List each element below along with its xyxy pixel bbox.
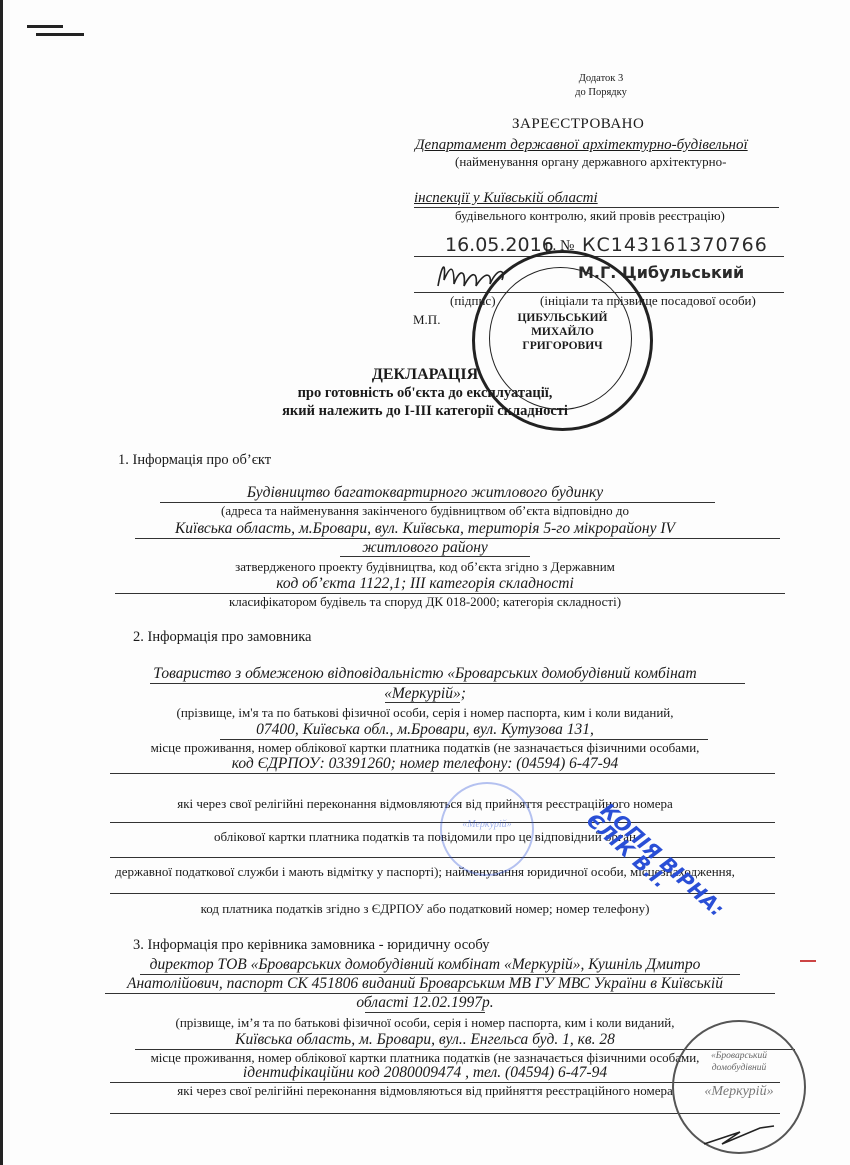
copy-certified-stamp: КОПІЯ ВІРНА: ЄЛІК В.І. [612, 770, 752, 890]
underline [365, 1012, 485, 1013]
authority-line-1: Департамент державної архітектурно-будів… [415, 137, 748, 154]
customer-line-2: «Меркурій»; [0, 685, 850, 703]
company-seal-faint-text: «Меркурій» [442, 819, 532, 830]
underline [385, 702, 460, 703]
underline [110, 893, 775, 894]
object-caption-3: класифікатором будівель та споруд ДК 018… [0, 594, 850, 610]
scan-mark [27, 25, 63, 28]
object-address-line-2: житлового району [0, 539, 850, 557]
document-subtitle-2: який належить до I-III категорії складно… [0, 403, 850, 420]
object-address-line-1: Київська область, м.Бровари, вул. Київсь… [0, 520, 850, 538]
company-seal-center: «Меркурій» [674, 1084, 804, 1100]
manager-signature [700, 1110, 780, 1150]
underline [340, 556, 530, 557]
customer-caption-1: (прізвище, ім'я та по батькові фізичної … [0, 705, 850, 721]
customer-line-1: Товариство з обмеженою відповідальністю … [0, 665, 850, 683]
manager-line-2: Анатолійович, паспорт СК 451806 виданий … [0, 975, 850, 993]
appendix-line-1: Додаток 3 [556, 72, 646, 86]
authority-line-2: інспекції у Київській області [414, 190, 598, 207]
appendix-line-2: до Порядку [556, 86, 646, 100]
customer-address: 07400, Київська обл., м.Бровари, вул. Ку… [0, 721, 850, 739]
section-3-heading: 3. Інформація про керівника замовника - … [133, 937, 489, 954]
registration-number: КС143161370766 [582, 234, 768, 256]
company-seal-faint: «Меркурій» [440, 782, 534, 876]
company-seal-line-1: «Броварський [674, 1050, 804, 1062]
object-name: Будівництво багатоквартирного житлового … [0, 484, 850, 502]
authority-caption-1: (найменування органу державного архітект… [455, 154, 726, 170]
customer-caption-2: місце проживання, номер облікової картки… [0, 740, 850, 756]
section-1-heading: 1. Інформація про об’єкт [118, 452, 271, 469]
seal-name-line-2: МИХАЙЛО [475, 325, 650, 339]
seal-name-line-3: ГРИГОРОВИЧ [475, 339, 650, 353]
manager-line-3: області 12.02.1997р. [0, 994, 850, 1012]
object-caption-2: затвердженого проекту будівництва, код о… [0, 559, 850, 575]
section-2-heading: 2. Інформація про замовника [133, 629, 311, 646]
red-mark [800, 960, 816, 962]
manager-line-1: директор ТОВ «Броварських домобудівний к… [0, 956, 850, 974]
company-seal-line-2: домобудівний [674, 1062, 804, 1074]
object-code-line: код об’єкта 1122,1; III категорія складн… [0, 575, 850, 593]
registered-heading: ЗАРЕЄСТРОВАНО [512, 116, 644, 133]
authority-caption-2: будівельного контролю, який провів реєст… [455, 208, 725, 224]
seal-label: М.П. [413, 312, 440, 328]
object-caption-1: (адреса та найменування закінченого буді… [0, 503, 850, 519]
scan-mark [36, 33, 84, 36]
document-subtitle-1: про готовність об'єкта до експлуатації, [0, 385, 850, 402]
underline [150, 683, 745, 684]
document-title: ДЕКЛАРАЦІЯ [0, 366, 850, 384]
appendix-label: Додаток 3 до Порядку [556, 72, 646, 100]
seal-name-line-1: ЦИБУЛЬСЬКИЙ [475, 311, 650, 325]
